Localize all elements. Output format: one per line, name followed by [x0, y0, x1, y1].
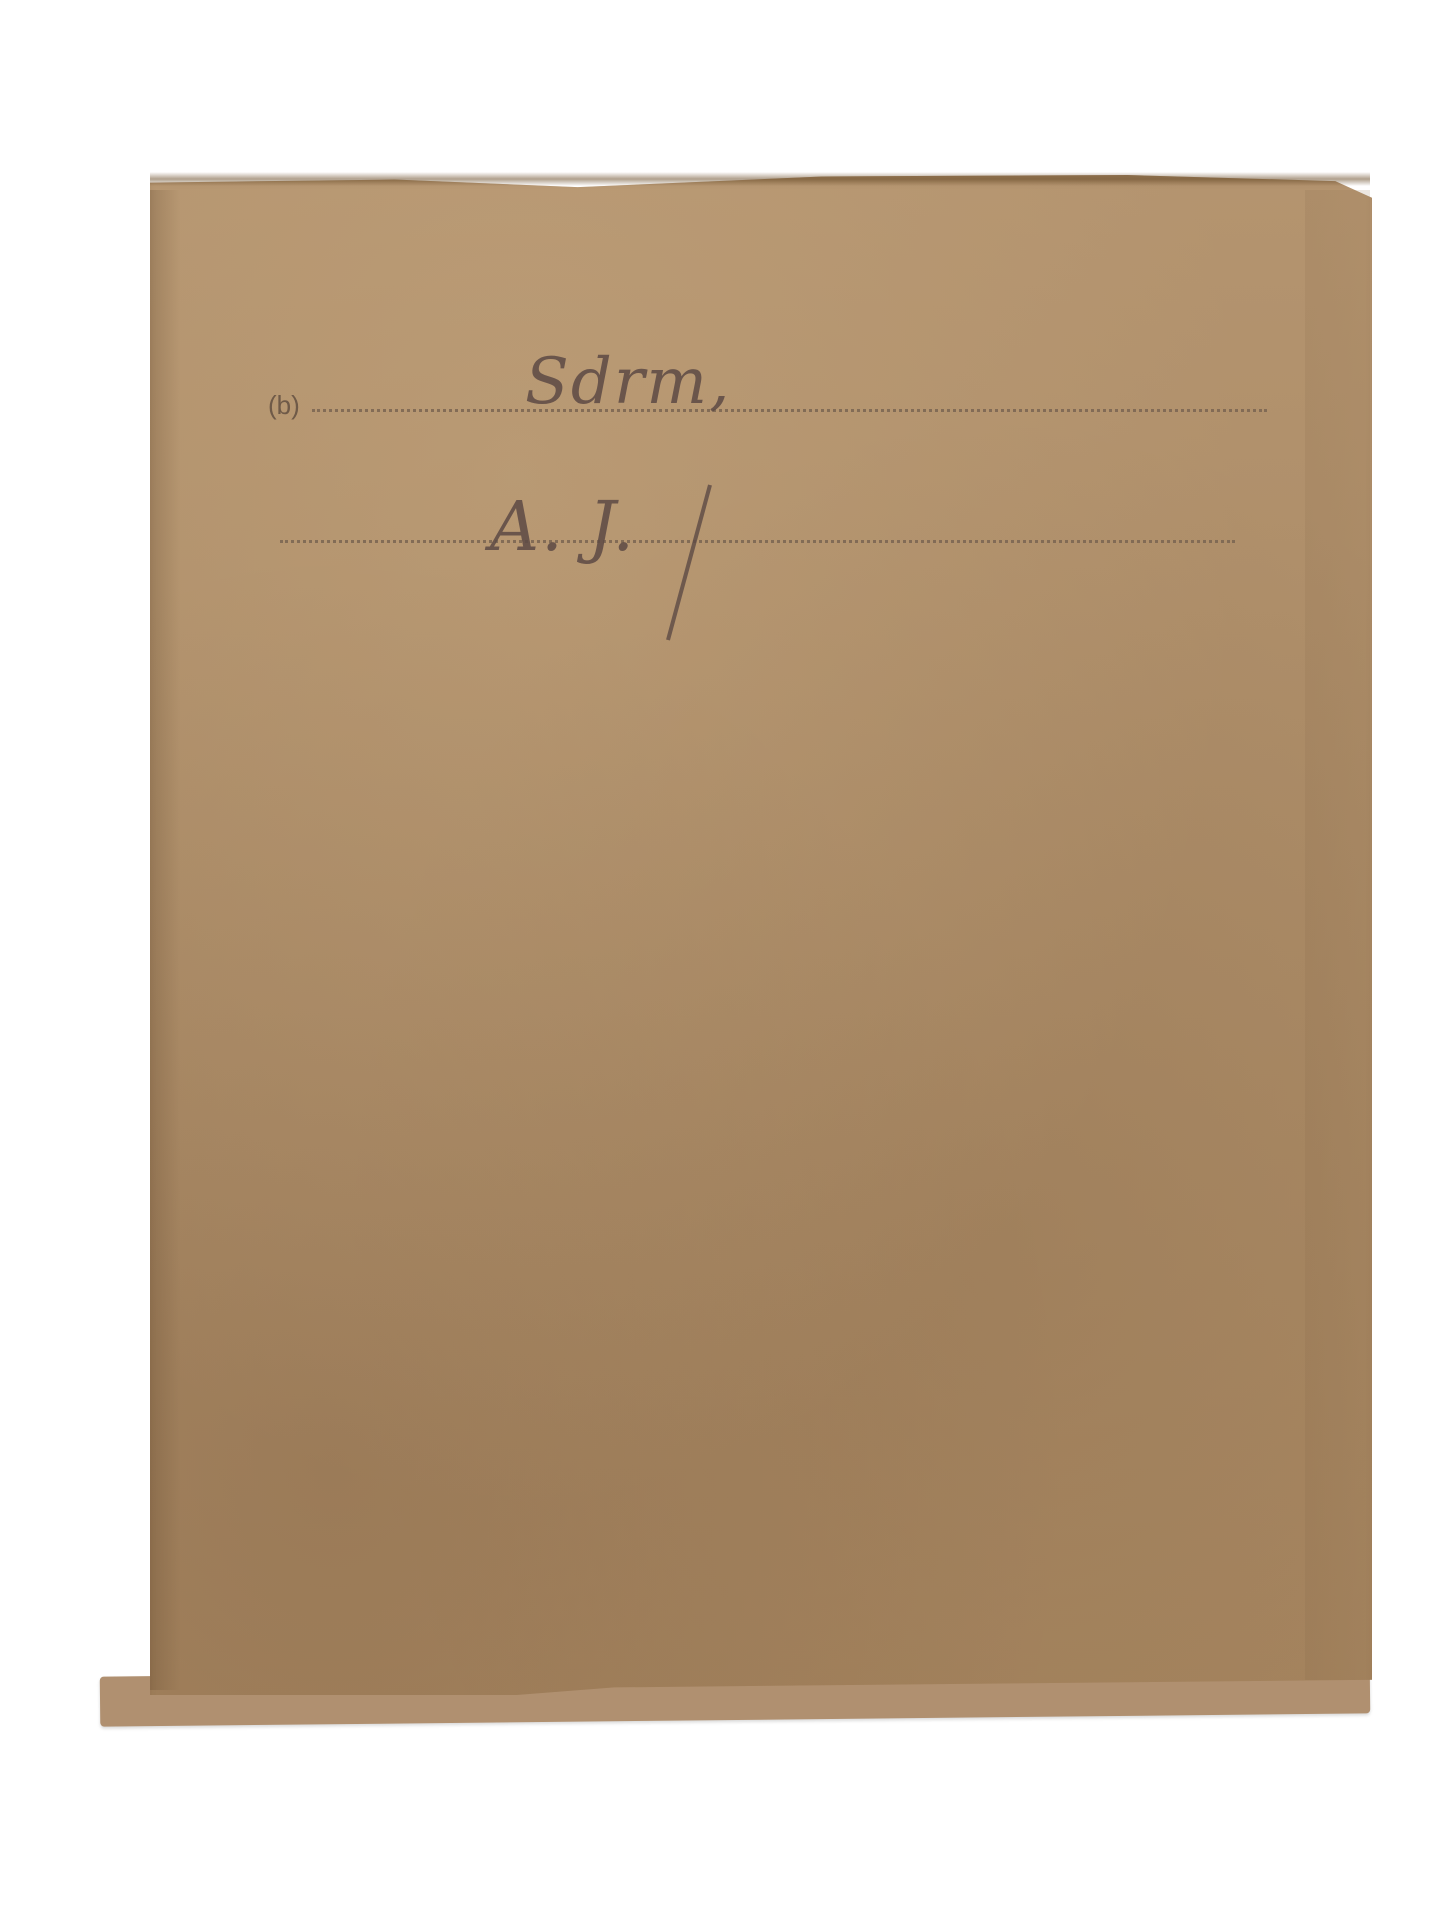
handwritten-initials: A. J.: [490, 488, 636, 567]
field-label-b: (b): [268, 392, 300, 418]
dotted-line-1: [312, 409, 1267, 412]
field-row-b: (b): [268, 392, 1267, 418]
right-fold: [1305, 190, 1370, 1680]
handwritten-name: Sdrm,: [525, 345, 731, 419]
spine-shadow: [150, 190, 180, 1690]
cover-top-edge: [150, 172, 1370, 186]
handwriting-stroke: [660, 480, 720, 650]
dotted-line-2: [280, 540, 1235, 543]
field-row-2: [268, 540, 1235, 543]
